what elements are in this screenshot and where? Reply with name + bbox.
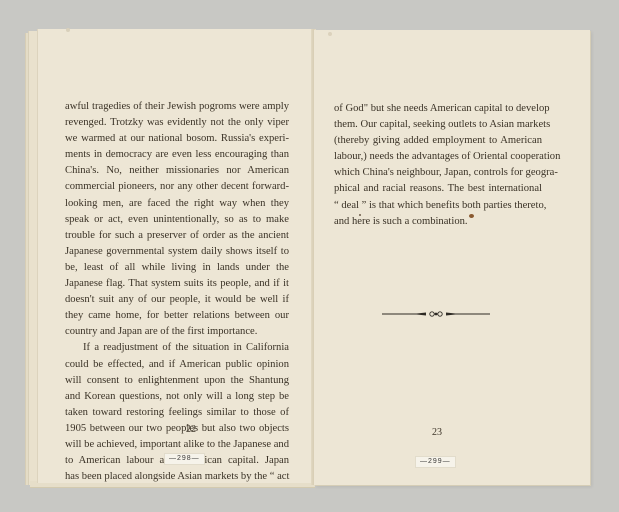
text-line: they came home, for better relations bet… [65,308,289,324]
text-line: awful tragedies of their Jewish pogroms … [65,99,289,115]
text-line: has been placed alongside Asian markets … [65,469,289,485]
text-line: (thereby giving added employment to Amer… [334,133,542,149]
paper-blemish [66,28,70,32]
text-line: phical and racial reasons. The best inte… [334,181,542,197]
text-line: could be effected, and if American publi… [65,357,289,373]
text-line: trouble for such a preserver of order as… [65,228,289,244]
text-line: Japanese flag. That system suits its peo… [65,276,289,292]
section-end-ornament-icon [382,310,490,318]
archive-page-label: —298— [164,453,205,465]
paper-blemish [328,32,332,36]
left-page: awful tragedies of their Jewish pogroms … [38,29,314,483]
ink-spot [469,214,474,218]
text-line: and Korean questions, not only will a lo… [65,389,289,405]
text-line: revenged. Trotzky was evidently not the … [65,115,289,131]
text-line: and here is such a combination. [334,214,542,230]
text-line: will consent to enlightenment upon the S… [65,373,289,389]
page-number: 22 [186,424,196,435]
archive-page-label: —299— [415,456,456,468]
text-line: “ deal ” is that which benefits both par… [334,198,542,214]
text-line: looking men, are faced the right way whe… [65,196,289,212]
text-line: Japanese governmental system daily shows… [65,244,289,260]
text-line: labour,) needs the advantages of Orienta… [334,149,542,165]
text-line: country and Japan are of the first impor… [65,324,289,340]
text-line: of God" but she needs American capital t… [334,101,542,117]
right-page-body: of God" but she needs American capital t… [334,101,542,230]
text-line: commercial pioneers, nor any other decen… [65,179,289,195]
text-line: taken toward restoring feelings similar … [65,405,289,421]
text-line: them. Our capital, seeking outlets to As… [334,117,542,133]
left-page-body: awful tragedies of their Jewish pogroms … [65,99,289,485]
text-line: doesn't suit any of our people, it would… [65,292,289,308]
ink-spot [359,214,361,216]
text-line: If a readjustment of the situation in Ca… [65,340,289,356]
text-line: China's. No, neither missionaries nor Am… [65,163,289,179]
text-line: will be achieved, important alike to the… [65,437,289,453]
text-line: which China's neighbour, Japan, controls… [334,165,542,181]
text-line: we warmed at our national bosom. Russia'… [65,131,289,147]
text-line: ments in democracy are even less encoura… [65,147,289,163]
text-line: 1905 between our two peoples but also tw… [65,421,289,437]
text-line: speak or act, even unintentionally, so a… [65,212,289,228]
right-page: of God" but she needs American capital t… [314,30,590,485]
text-line: be, least of all while living in lands u… [65,260,289,276]
page-stack-edge [28,31,38,485]
page-number: 23 [432,427,442,438]
